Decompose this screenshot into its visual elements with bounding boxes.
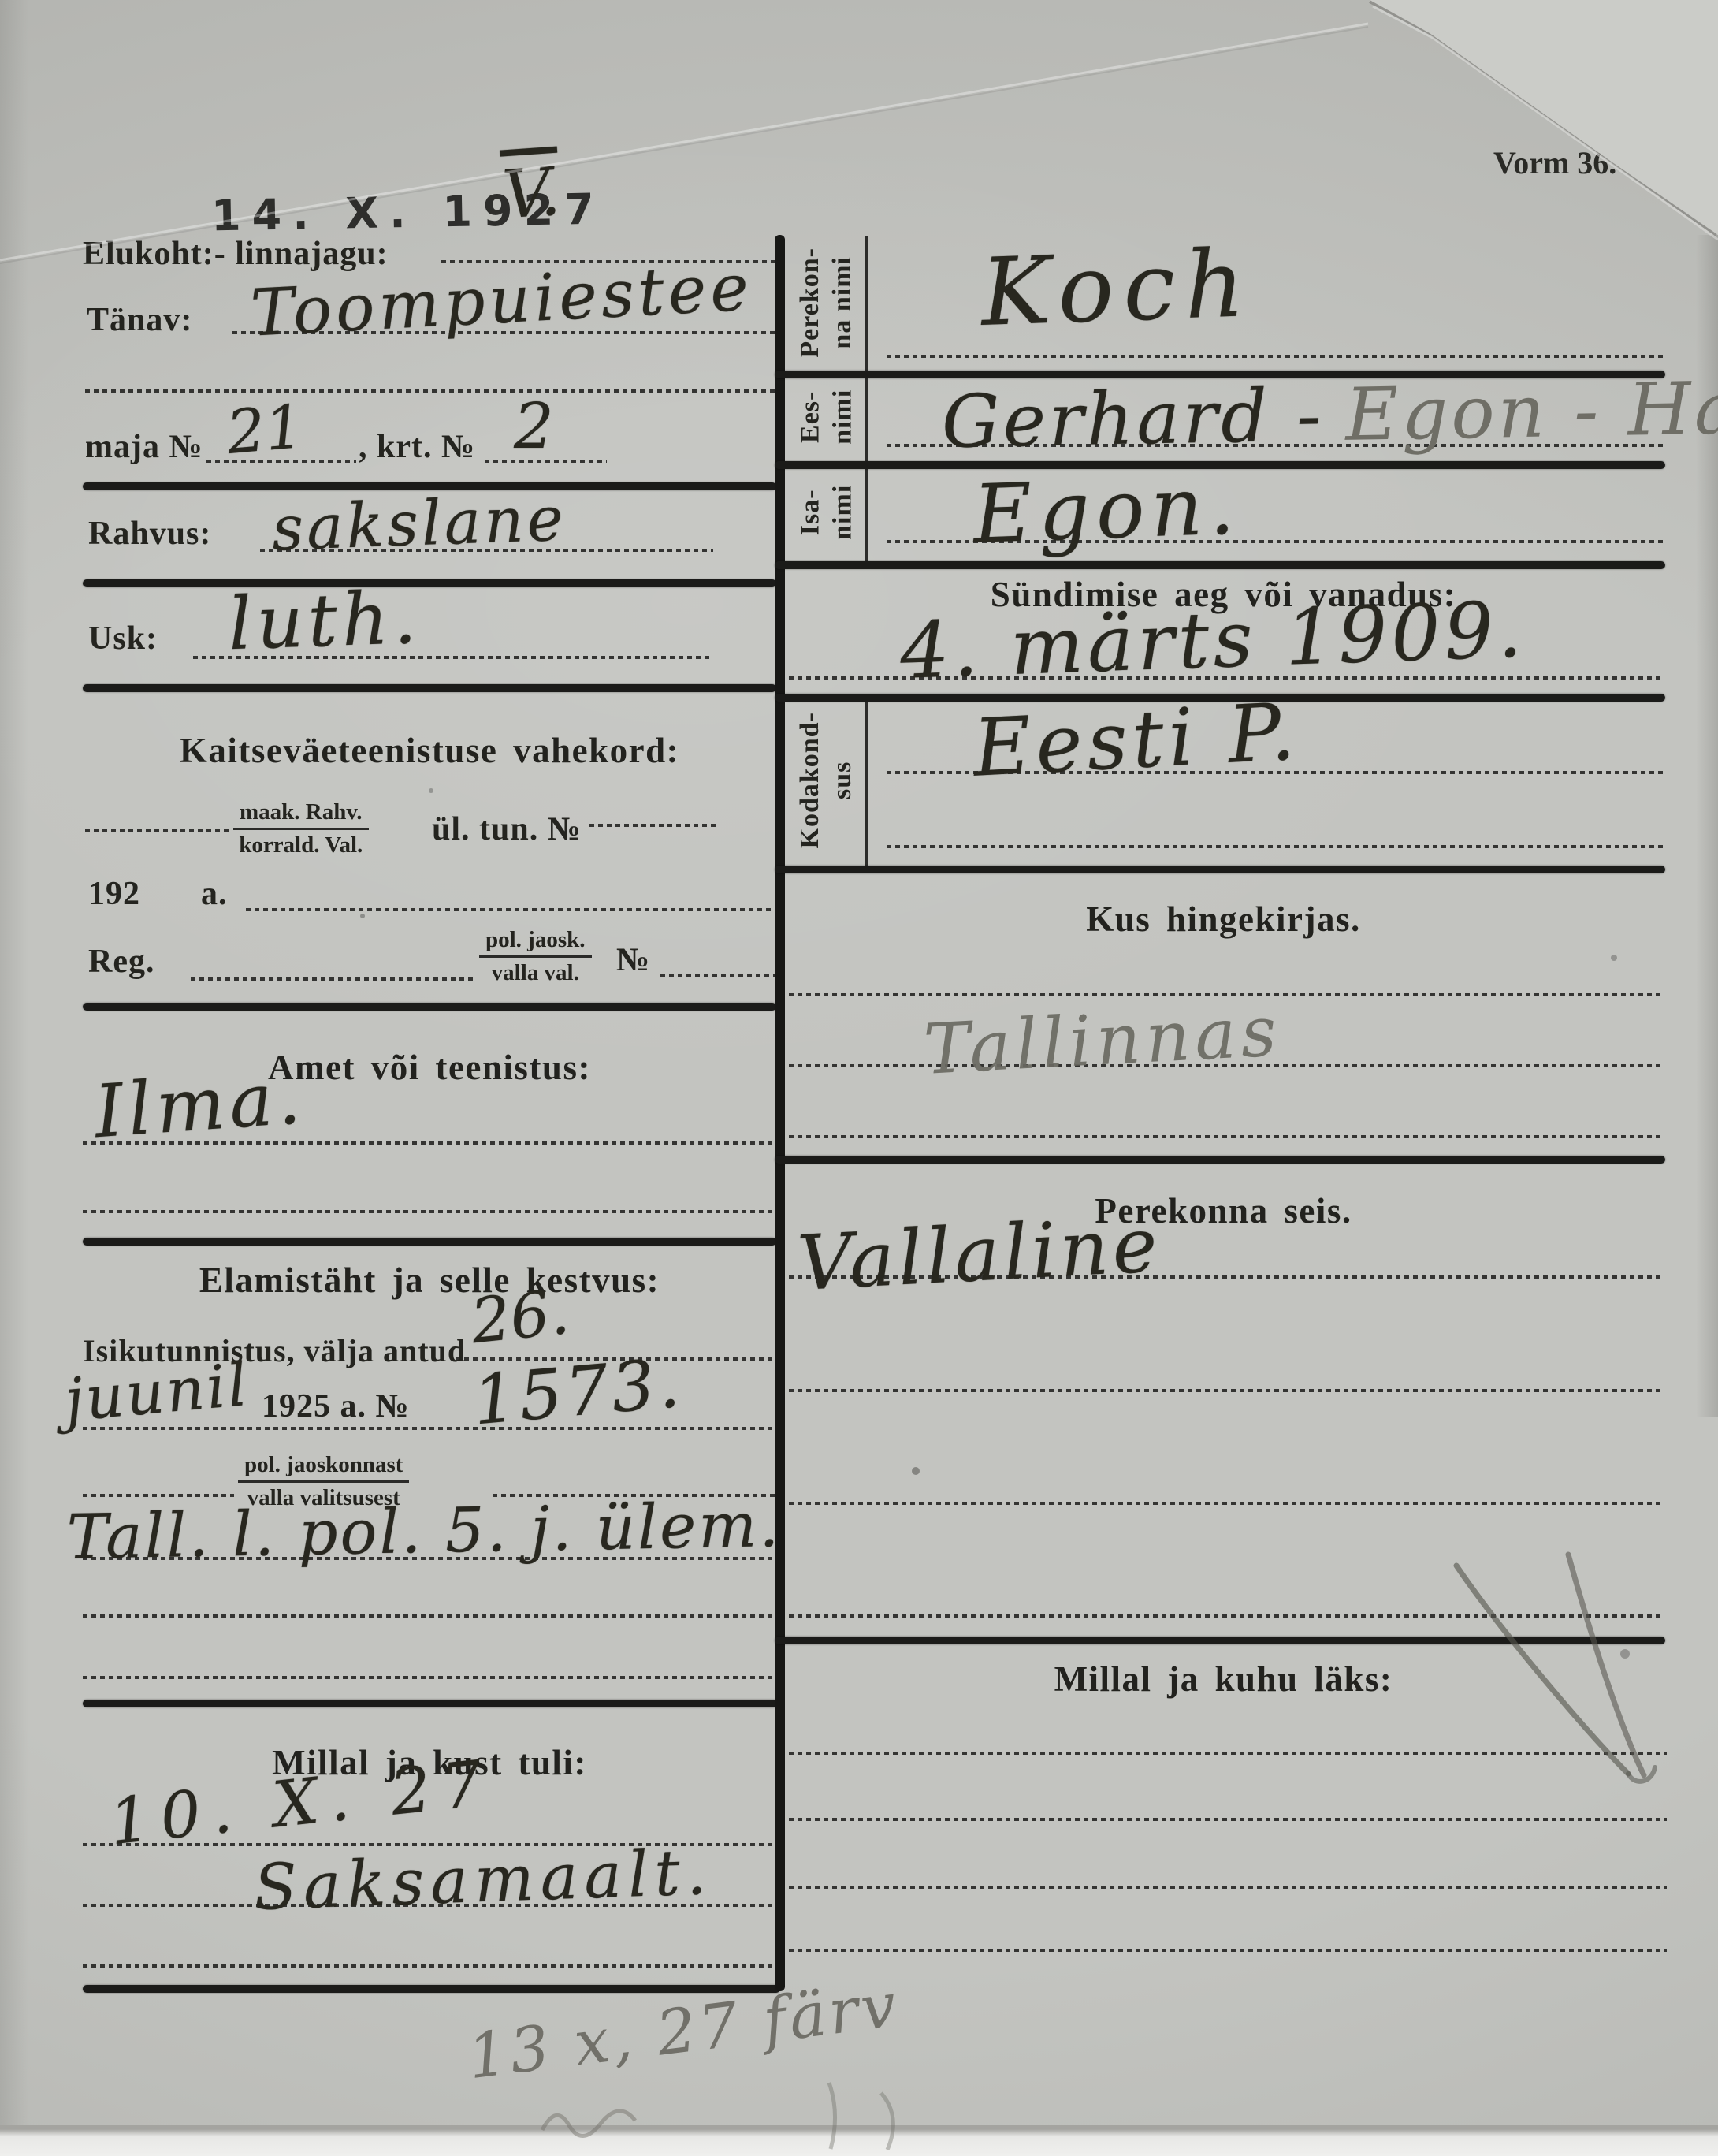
dotted-line	[780, 1949, 1667, 1952]
eesnimi-label-line1: Ees-	[794, 389, 827, 445]
dotted-line	[780, 1752, 1667, 1755]
paper-left-shade	[0, 0, 28, 2156]
section-rule	[83, 1985, 780, 1993]
hingekiri-heading: Kus hingekirjas.	[784, 899, 1663, 940]
dotted-line	[780, 1389, 1663, 1392]
crease-line	[0, 24, 1368, 260]
dotted-line	[589, 824, 716, 827]
speck	[1611, 955, 1617, 961]
rahvus-label: Rahvus:	[88, 515, 211, 553]
pol-fraction: pol. jaosk. valla val.	[479, 927, 592, 986]
isanimi-vertical-label: Isa- nimi	[788, 464, 865, 561]
dotted-line	[83, 1494, 234, 1497]
dotted-line	[85, 829, 231, 832]
torn-edge-line	[1370, 2, 1716, 235]
krt-label: , krt. №	[359, 428, 475, 466]
maak-fraction-bottom: korrald. Val.	[233, 830, 369, 858]
isikutunnistus-year-label: 1925 a. №	[262, 1387, 410, 1425]
perekonnanimi-vertical-label: Perekon- na nimi	[788, 236, 865, 369]
maak-fraction: maak. Rahv. korrald. Val.	[233, 799, 369, 858]
isanimi-label-line1: Isa-	[794, 485, 827, 540]
eesnimi-label-line2: nimi	[827, 389, 859, 445]
kodakondsus-value-handwritten: Eesti P.	[971, 685, 1302, 795]
kodakondsus-vertical-label: Kodakond- sus	[788, 697, 865, 864]
perekonnanimi-label-line1: Perekon-	[794, 248, 827, 358]
dotted-line	[780, 1614, 1663, 1618]
section-rule	[775, 1156, 1665, 1164]
scan-bottom-strip	[0, 2125, 1718, 2156]
perekonnanimi-label-line2: na nimi	[827, 248, 859, 358]
pol-fraction-bottom: valla val.	[479, 958, 592, 986]
dotted-line	[83, 1614, 776, 1618]
hingekiri-value-handwritten: Tallinnas	[922, 990, 1284, 1090]
reg-no-label: №	[616, 941, 650, 979]
speck	[1620, 1649, 1630, 1659]
laks-heading: Millal ja kuhu läks:	[784, 1659, 1663, 1700]
jaosk-fraction-top: pol. jaoskonnast	[238, 1452, 409, 1483]
label-divider	[865, 697, 868, 866]
dotted-line	[887, 845, 1663, 848]
maja-label: maja №	[85, 428, 203, 466]
usk-value-handwritten: luth.	[227, 575, 422, 666]
perekonnanimi-value-handwritten: Koch	[980, 229, 1256, 347]
section-rule	[775, 1637, 1665, 1644]
label-divider	[865, 236, 868, 563]
tuli-place-handwritten: Saksamaalt.	[253, 1835, 714, 1924]
krt-value-handwritten: 2	[514, 389, 554, 463]
maja-value-handwritten: 21	[224, 391, 306, 467]
dotted-line	[191, 977, 474, 981]
section-rule	[775, 866, 1665, 873]
kaitse-heading: Kaitseväeteenistuse vahekord:	[83, 730, 776, 771]
district-number-handwritten: V.	[500, 153, 563, 234]
section-rule	[83, 1003, 776, 1011]
section-rule	[775, 561, 1665, 569]
isikutunnistus-month-handwritten: juunil	[62, 1350, 252, 1435]
speck	[912, 1467, 920, 1475]
section-rule	[83, 1238, 776, 1246]
ul-tun-label: ül. tun. №	[432, 810, 582, 848]
kodakondsus-label-line1: Kodakond-	[794, 712, 827, 848]
elamistaht-heading: Elamistäht ja selle kestvus:	[83, 1260, 776, 1301]
isanimi-label-line2: nimi	[827, 485, 859, 540]
scanned-registration-card: Vorm 36. 14. X. 1927 V. Elukoht:- linnaj…	[0, 0, 1718, 2156]
pol-fraction-top: pol. jaosk.	[479, 927, 592, 958]
reg-label: Reg.	[88, 943, 154, 981]
pencil-stroke-hook	[1628, 1767, 1655, 1782]
dotted-line	[780, 1502, 1663, 1505]
dotted-line	[887, 355, 1663, 358]
dotted-line	[660, 974, 776, 977]
column-divider	[775, 235, 785, 1991]
speck	[429, 788, 433, 793]
maak-fraction-top: maak. Rahv.	[233, 799, 369, 830]
dotted-line	[83, 1676, 776, 1679]
kodakondsus-label-line2: sus	[827, 712, 859, 848]
torn-edge-highlight	[1373, 6, 1718, 240]
eesnimi-value: Gerhard - Egon - Hans	[941, 364, 1718, 464]
dotted-line	[83, 1210, 776, 1213]
elukoht-label: Elukoht:- linnajagu:	[83, 235, 389, 273]
rahvus-value-handwritten: sakslane	[271, 484, 568, 565]
dotted-line	[780, 1135, 1663, 1138]
jaosk-value-handwritten: Tall. l. pol. 5. j. ülem.	[66, 1490, 781, 1573]
year-suffix-label: a.	[201, 875, 228, 913]
speck	[360, 914, 365, 918]
eesnimi-vertical-label: Ees- nimi	[788, 374, 865, 460]
section-rule	[83, 684, 776, 692]
amet-value-handwritten: Ilma.	[92, 1056, 308, 1154]
isikutunnistus-day-handwritten: 26.	[468, 1277, 573, 1357]
dotted-line	[780, 1818, 1667, 1821]
eesnimi-value-pencil: Egon - Hans	[1344, 364, 1718, 457]
isanimi-value-handwritten: Egon.	[972, 459, 1242, 562]
eesnimi-value-ink: Gerhard -	[941, 373, 1325, 464]
section-rule	[83, 579, 776, 587]
crease-shadow	[0, 27, 1368, 263]
dotted-line	[246, 908, 776, 911]
dotted-line	[85, 389, 776, 393]
tanav-label: Tänav:	[87, 301, 192, 339]
form-code: Vorm 36.	[1493, 144, 1616, 181]
dotted-line	[83, 1427, 776, 1430]
section-rule	[83, 1700, 778, 1707]
dotted-line	[780, 1886, 1667, 1889]
usk-label: Usk:	[88, 620, 158, 657]
seis-value-handwritten: Vallaline	[795, 1201, 1163, 1308]
year-prefix-label: 192	[88, 875, 140, 913]
dotted-line	[83, 1964, 776, 1968]
